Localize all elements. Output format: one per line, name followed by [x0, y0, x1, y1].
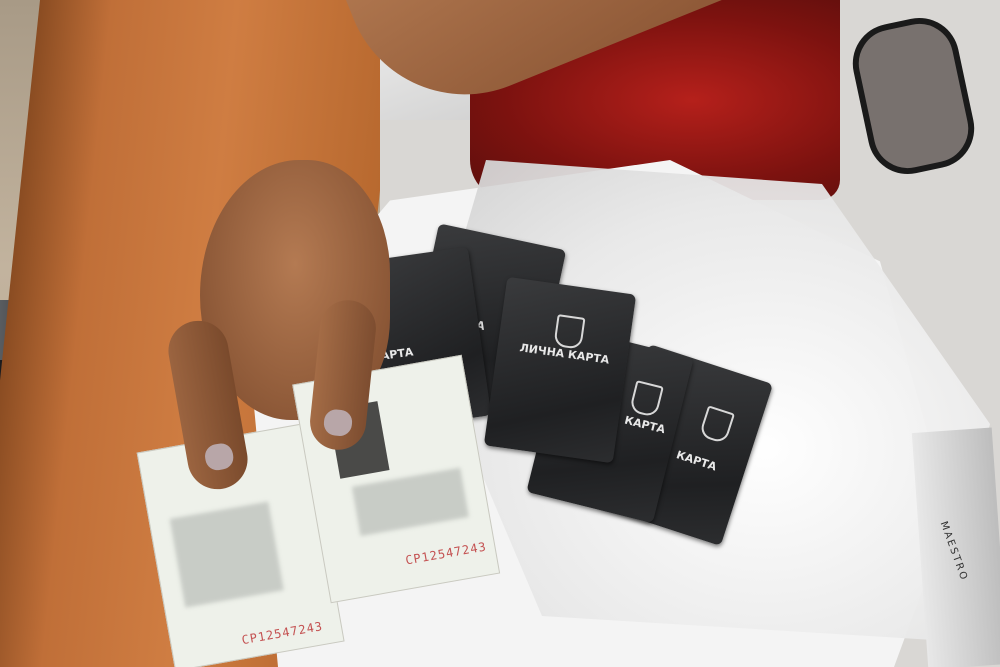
coat-of-arms-icon [629, 380, 664, 418]
coat-of-arms-icon [699, 405, 736, 444]
photo-scene: MAESTRO КАРТА КАРТА ТА КАРТА ЛИЧНА КАРТА… [0, 0, 1000, 667]
coat-of-arms-icon [553, 314, 585, 350]
serial-number: CP12547243 [404, 539, 487, 567]
id-card: ЛИЧНА КАРТА [484, 277, 636, 463]
serial-number: CP12547243 [241, 619, 324, 647]
card-cover-text: КАРТА [623, 414, 667, 437]
card-cover-text: КАРТА [675, 448, 719, 473]
